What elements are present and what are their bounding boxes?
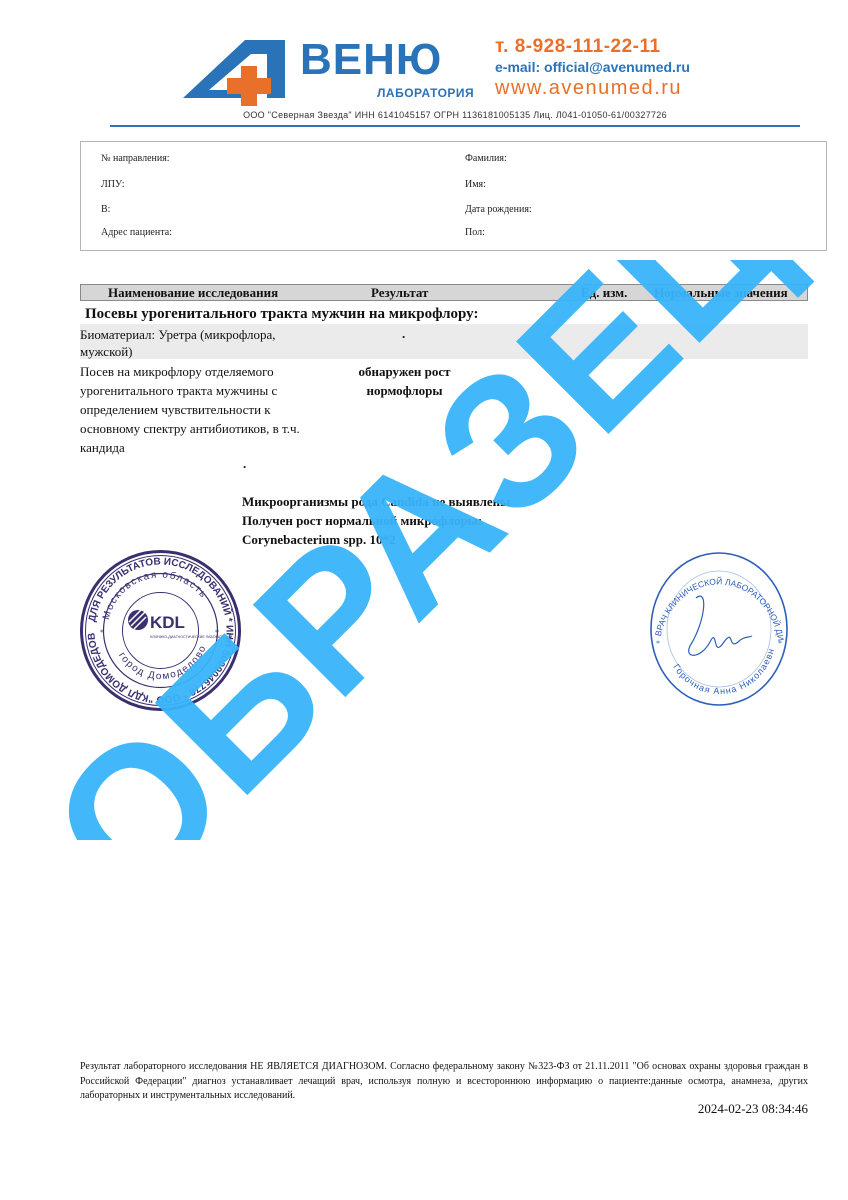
svg-text:*: * [778,639,782,648]
field-sex: Пол: [465,227,485,238]
svg-text:ВРАЧ КЛИНИЧЕСКОЙ ЛАБОРАТОРНОЙ: ВРАЧ КЛИНИЧЕСКОЙ ЛАБОРАТОРНОЙ ДИАГНОСТИК… [648,550,786,642]
logo-wordmark: ВЕНЮ [300,34,442,86]
letterhead: ВЕНЮ ЛАБОРАТОРИЯ т. 8-928-111-22-11 e-ma… [110,28,800,128]
lab-logo: ВЕНЮ ЛАБОРАТОРИЯ [175,34,445,106]
svg-text:*: * [100,628,104,637]
finding-organism: Corynebacterium spp. 10*2 [242,530,510,549]
field-patient-address: Адрес пациента: [101,227,172,238]
kdl-stamp-icon: ДЛЯ РЕЗУЛЬТАТОВ ИССЛЕДОВАНИЙ * ИНН 50090… [78,548,243,713]
biomaterial-row: Биоматериал: Уретра (микрофлора, мужской… [80,324,808,359]
legal-line: ООО "Северная Звезда" ИНН 6141045157 ОГР… [110,110,800,120]
field-first-name: Имя: [465,179,486,190]
test-name: Посев на микрофлору отделяемого урогенит… [80,362,310,457]
column-result: Результат [371,285,428,300]
kdl-brand-subtitle: КЛИНИКО-ДИАГНОСТИЧЕСКИЕ ЛАБОРАТОРИИ [150,635,233,639]
field-referral-number: № направления: [101,153,170,164]
doctor-stamp-title: ВРАЧ КЛИНИЧЕСКОЙ ЛАБОРАТОРНОЙ ДИАГНОСТИК… [648,550,786,642]
column-unit: Ед. изм. [581,285,627,300]
signature-icon [689,596,752,655]
kdl-brand: KDL [150,613,185,632]
test-group-title: Посевы урогенитального тракта мужчин на … [85,306,478,323]
results-table-header: Наименование исследования Результат Ед. … [80,284,808,301]
field-in: В: [101,204,110,215]
biomaterial-name: Биоматериал: Уретра (микрофлора, мужской… [80,326,305,360]
field-clinic: ЛПУ: [101,179,124,190]
patient-info-box: № направления: ЛПУ: В: Адрес пациента: Ф… [80,141,827,251]
svg-text:*: * [656,639,660,648]
logo-a-plus-icon [175,34,305,106]
column-normal-range: Нормальные значения [654,285,788,300]
biomaterial-result: . [402,326,405,342]
column-test-name: Наименование исследования [108,285,278,300]
finding-candida: Микроорганизмы рода Candida не выявлены [242,492,510,511]
field-surname: Фамилия: [465,153,507,164]
findings: Микроорганизмы рода Candida не выявлены … [242,492,510,549]
logo-subtitle: ЛАБОРАТОРИЯ [377,86,474,100]
contacts: т. 8-928-111-22-11 e-mail: official@aven… [495,36,690,100]
report-timestamp: 2024-02-23 08:34:46 [698,1101,808,1117]
contact-email: e-mail: official@avenumed.ru [495,58,690,76]
legal-disclaimer: Результат лабораторного исследования НЕ … [80,1060,808,1104]
letterhead-divider [110,125,800,127]
doctor-stamp-icon: ВРАЧ КЛИНИЧЕСКОЙ ЛАБОРАТОРНОЙ ДИАГНОСТИК… [648,550,790,708]
finding-normoflora: Получен рост нормальной микрофлоры: [242,511,510,530]
svg-text:*: * [215,628,219,637]
field-birth-date: Дата рождения: [465,204,532,215]
test-result: обнаружен рост нормофлоры [342,362,467,400]
contact-phone: т. 8-928-111-22-11 [495,36,690,58]
contact-website: www.avenumed.ru [495,76,690,100]
result-separator: . [243,456,246,472]
